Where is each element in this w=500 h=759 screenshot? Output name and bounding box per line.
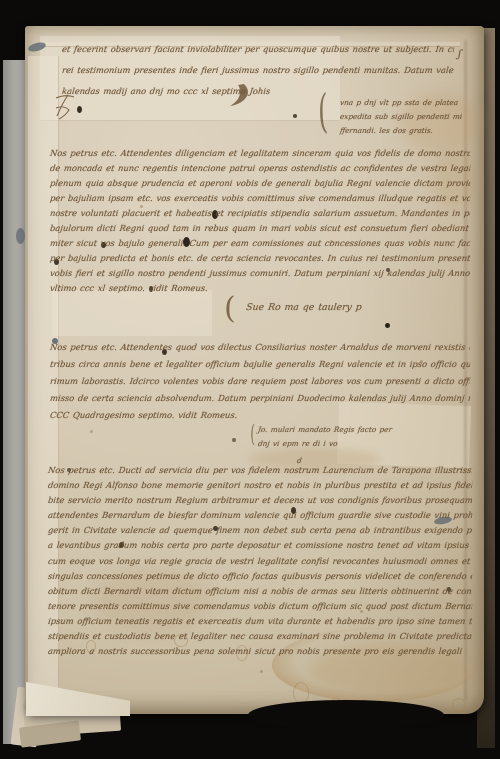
text-line: Nos petrus etc. Attendentes quod vos dil… — [49, 342, 470, 353]
text-line: domino Regi Alfonso bone memorie genitor… — [47, 480, 472, 491]
side-note-line: ffernandi. les dos gratis. — [339, 126, 436, 135]
text-line: obitum dicti Bernardi vitam dictum offic… — [47, 586, 472, 597]
text-line: nostre voluntati placuerit et habeatis e… — [49, 208, 470, 219]
ink-blot — [385, 323, 390, 328]
text-line: stipendiis et custodiatis bene et legali… — [47, 631, 472, 642]
text-line: Nos petrus etc. Ducti ad servicia diu pe… — [47, 465, 472, 476]
ink-blot — [232, 438, 236, 442]
side-note-bracket: ( — [317, 88, 328, 135]
freckle-mark — [90, 430, 93, 433]
repair-patch — [52, 290, 212, 336]
text-line: cum eoque vos longa via regie gracia de … — [47, 556, 472, 567]
text-line: per bajuliam ipsam etc. vos exerceatis v… — [49, 193, 470, 204]
text-line: a levantibus gradum nobis certa pro part… — [47, 540, 472, 551]
margin-mark: ʃ — [457, 50, 470, 61]
text-line: et fecerint observari faciant inviolabil… — [61, 44, 454, 55]
side-note-line: expedita sub sigillo pendenti missa Jo. — [339, 112, 462, 121]
manuscript-photo: et fecerint observari faciant inviolabil… — [0, 0, 500, 759]
text-line: gerit in Civitate valencie ad quemque fi… — [47, 525, 472, 536]
slate-smudge — [16, 228, 25, 244]
text-line: vobis fieri et sigillo nostro pendenti j… — [49, 268, 470, 279]
page-bottom-edge-shadow — [248, 700, 444, 730]
chancery-note-bracket: ( — [250, 422, 255, 446]
chancery-note-line: dnj vi epm re di i vo — [257, 439, 398, 448]
text-line: ipsum officium teneatis regatis et exerc… — [47, 616, 472, 627]
comma-flourish — [226, 82, 252, 108]
text-line: per bajulia predicta et bonis etc. de ce… — [49, 253, 470, 264]
droplet-stain — [452, 698, 466, 712]
text-line: bite servicio merito nostrum Regium arbi… — [47, 495, 472, 506]
text-line: plenum quia absque prudencia et aperoni … — [49, 178, 470, 189]
text-line: miter sicut vos bajulo generali. Cum per… — [49, 238, 470, 249]
text-line: misso de certa sciencia absolvendum. Dat… — [49, 393, 470, 404]
paraph-flourish — [52, 92, 78, 122]
text-line: rei testimonium presentes inde fieri jus… — [61, 65, 454, 76]
text-line: de moncada et nunc regentis intencione p… — [49, 163, 470, 174]
freckle-mark — [260, 670, 263, 673]
text-line: vltimo ccc xl septimo. vidit Romeus. — [49, 283, 280, 294]
text-line: Nos petrus etc. Attendentes diligenciam … — [49, 148, 470, 159]
text-line: attendentes Bernardum de biesfar dominum… — [47, 510, 472, 521]
interline-addition: d — [296, 456, 309, 465]
text-line: bajulorum dicti Regni quod tam in rebus … — [49, 223, 470, 234]
ink-blot — [293, 114, 297, 118]
text-line: ampliora a nostris successoribus pena so… — [47, 646, 462, 657]
side-note-line: vna p dnj vlt pp ssta de platea — [339, 98, 462, 107]
text-line: singulas concessiones petimus de dicto o… — [47, 571, 472, 582]
rubric-heading: Sue Ro ma qe taulery p — [245, 303, 406, 315]
text-line: tenore presentis comittimus sive comenda… — [47, 601, 472, 612]
chancery-note-line: Jo. mulari mandato Regis facto per — [257, 425, 436, 434]
text-line: rimum laborastis. Idcirco volentes vobis… — [49, 376, 470, 387]
text-line: tribus circa annis bene et legaliter off… — [49, 359, 470, 370]
rubric-bracket: ( — [224, 294, 236, 324]
